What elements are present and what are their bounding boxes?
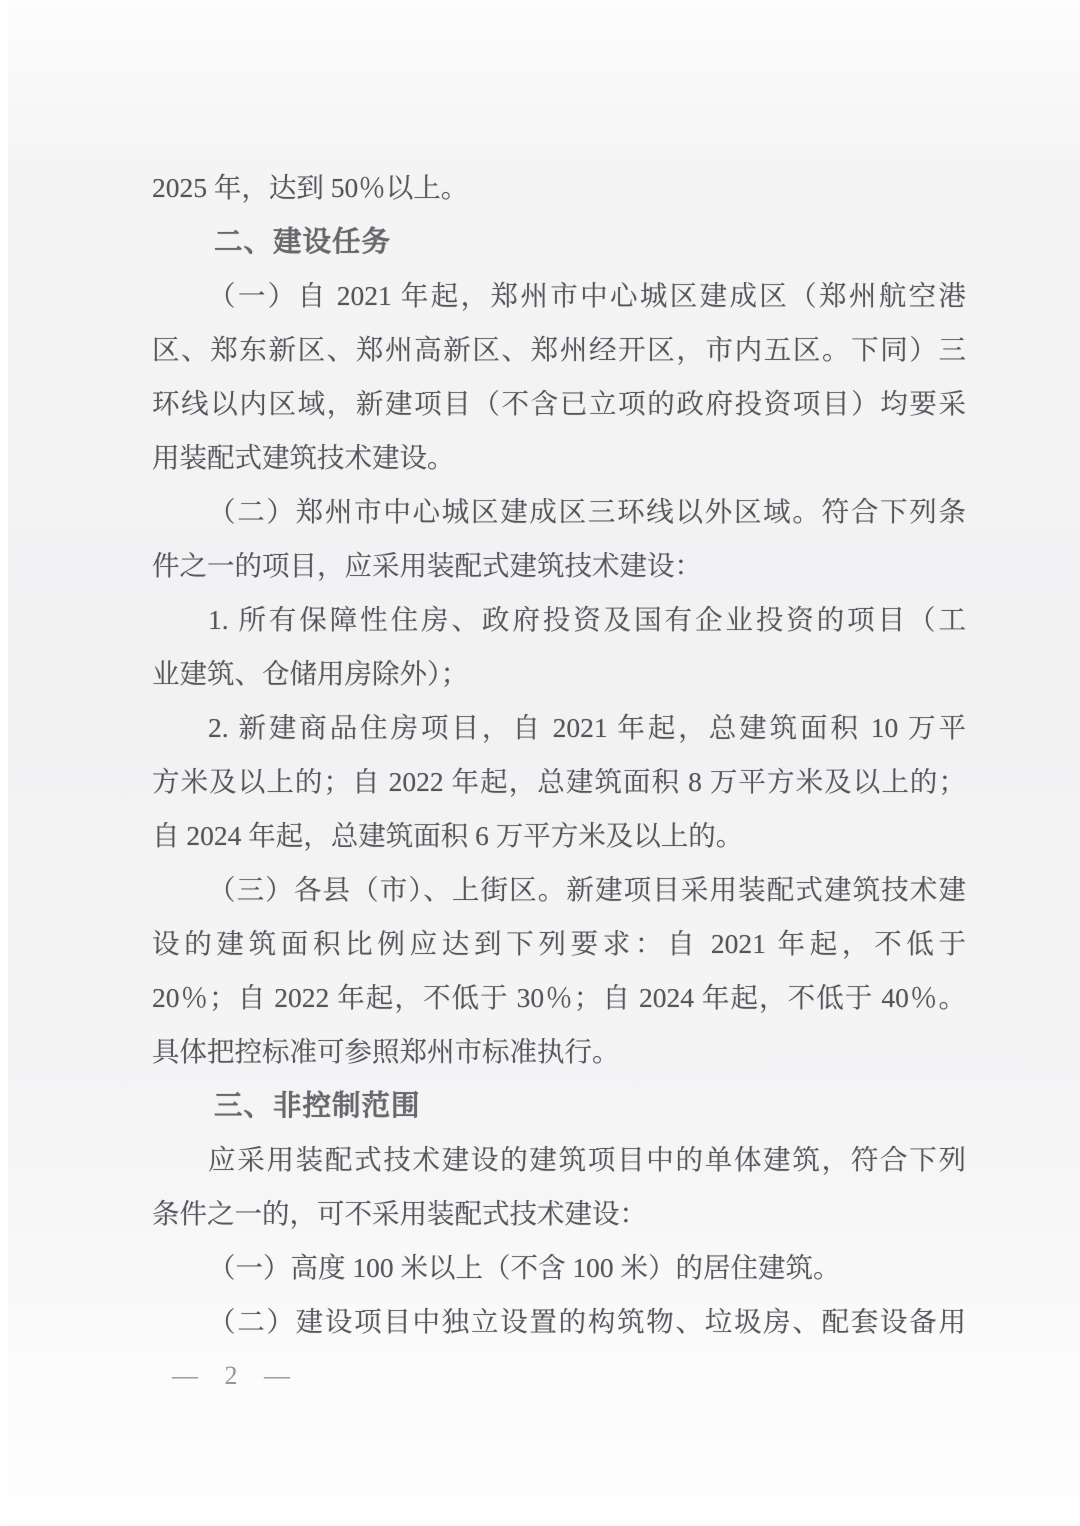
page-number: — 2 —: [152, 1349, 966, 1403]
doc-line: 设的建筑面积比例应达到下列要求：自 2021 年起，不低于: [152, 917, 966, 971]
doc-line: 方米及以上的；自 2022 年起，总建筑面积 8 万平方米及以上的；: [152, 755, 966, 809]
doc-line: 件之一的项目，应采用装配式建筑技术建设：: [152, 539, 966, 593]
doc-line: （二）建设项目中独立设置的构筑物、垃圾房、配套设备用: [152, 1295, 966, 1349]
doc-line: 2. 新建商品住房项目，自 2021 年起，总建筑面积 10 万平: [152, 701, 966, 755]
scan-edge-artifact: [0, 0, 8, 1526]
doc-line: 20％；自 2022 年起，不低于 30％；自 2024 年起，不低于 40％。: [152, 971, 966, 1025]
doc-line: （三）各县（市）、上街区。新建项目采用装配式建筑技术建: [152, 863, 966, 917]
doc-line: （二）郑州市中心城区建成区三环线以外区域。符合下列条: [152, 485, 966, 539]
document-content: 2025 年，达到 50％以上。 二、建设任务 （一）自 2021 年起，郑州市…: [152, 161, 966, 1403]
doc-line: （一）自 2021 年起，郑州市中心城区建成区（郑州航空港: [152, 269, 966, 323]
doc-line: 1. 所有保障性住房、政府投资及国有企业投资的项目（工: [152, 593, 966, 647]
scanned-document-page: 2025 年，达到 50％以上。 二、建设任务 （一）自 2021 年起，郑州市…: [0, 0, 1080, 1526]
doc-line: 区、郑东新区、郑州高新区、郑州经开区，市内五区。下同）三: [152, 323, 966, 377]
section-heading-non-control-scope: 三、非控制范围: [152, 1079, 966, 1133]
doc-line: 应采用装配式技术建设的建筑项目中的单体建筑，符合下列: [152, 1133, 966, 1187]
section-heading-construction-tasks: 二、建设任务: [152, 215, 966, 269]
doc-line: 业建筑、仓储用房除外）；: [152, 647, 966, 701]
doc-line: 具体把控标准可参照郑州市标准执行。: [152, 1025, 966, 1079]
doc-line: 条件之一的，可不采用装配式技术建设：: [152, 1187, 966, 1241]
doc-line: 用装配式建筑技术建设。: [152, 431, 966, 485]
doc-line: 自 2024 年起，总建筑面积 6 万平方米及以上的。: [152, 809, 966, 863]
doc-line: 环线以内区域，新建项目（不含已立项的政府投资项目）均要采: [152, 377, 966, 431]
doc-line: （一）高度 100 米以上（不含 100 米）的居住建筑。: [152, 1241, 966, 1295]
doc-line: 2025 年，达到 50％以上。: [152, 161, 966, 215]
